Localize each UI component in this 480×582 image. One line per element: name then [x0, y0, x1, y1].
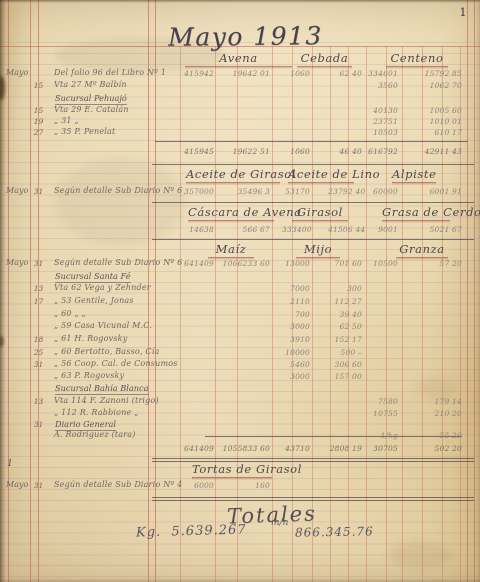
row-amount: 566 67	[216, 225, 270, 234]
row-amount: 40130	[366, 106, 398, 115]
row-amount: 152 17	[328, 335, 362, 344]
row-description: Diario General	[55, 419, 116, 431]
row-day: 31	[30, 481, 47, 490]
column-header: Granza	[396, 242, 448, 258]
row-amount: 10500	[366, 259, 398, 268]
section-rule	[152, 164, 474, 165]
column-header: Girasol	[292, 205, 348, 221]
vertical-rule	[402, 46, 403, 582]
row-amount: 1005 60	[406, 106, 462, 115]
row-day: 13	[30, 397, 47, 406]
row-amount: 35496 3	[216, 187, 270, 196]
vertical-rule	[386, 46, 387, 582]
vertical-rule	[180, 46, 181, 582]
row-amount: 53170	[282, 187, 310, 196]
row-amount: 616792	[366, 147, 398, 156]
row-amount: 30705	[366, 444, 398, 453]
row-amount: 700	[282, 310, 310, 319]
row-description: Vta 114 F. Zanoni (trigo)	[54, 396, 159, 405]
row-amount: 500 –	[328, 348, 362, 357]
row-amount: 7000	[282, 284, 310, 293]
vertical-rule	[366, 46, 367, 582]
column-header: Maíz	[208, 242, 254, 258]
row-amount: 3000	[282, 372, 310, 381]
row-description: Sucursal Pehuajó	[55, 93, 127, 105]
row-amount: 415945	[158, 147, 214, 156]
section-rule	[155, 141, 468, 142]
vertical-rule	[474, 0, 475, 582]
row-amount: 1060	[282, 69, 310, 78]
currency-label: m/n	[271, 518, 288, 528]
row-description: Sucursal Bahía Blanca	[55, 383, 149, 395]
section-rule	[152, 202, 474, 203]
totals-kg: Kg. 5.639.267	[136, 523, 247, 541]
row-amount: 42911 43	[406, 147, 462, 156]
row-amount: 1/kg	[366, 431, 398, 440]
row-description: „ 61 H. Rogovsky	[54, 334, 127, 343]
row-amount: 41506 44	[328, 225, 362, 234]
row-day: 13	[30, 284, 47, 293]
row-description: Sucursal Santa Fé	[55, 271, 131, 283]
row-amount: 160	[216, 481, 270, 490]
column-header: Alpiste	[392, 167, 436, 183]
vertical-rule	[272, 46, 273, 582]
vertical-rule	[467, 0, 468, 582]
page-edge	[0, 0, 480, 3]
row-description: Vta 29 E. Catalán	[54, 105, 129, 114]
row-amount: 19622 51	[216, 147, 270, 156]
row-amount: 1066233 60	[216, 259, 270, 268]
column-header: Centeno	[386, 51, 448, 67]
column-header: Aceite de Girasol	[186, 167, 280, 183]
row-day: 31	[30, 187, 47, 196]
stain	[388, 542, 452, 568]
row-amount: 3910	[282, 335, 310, 344]
section-rule	[152, 458, 474, 459]
row-amount: 10503	[366, 128, 398, 137]
column-header: Cáscara de Avena	[188, 205, 274, 221]
column-header: Avena	[185, 51, 292, 67]
vertical-rule	[155, 0, 156, 582]
section-rule	[152, 497, 474, 498]
page-number: 1	[460, 6, 468, 19]
row-amount: 7580	[366, 397, 398, 406]
row-amount: 10000	[282, 348, 310, 357]
row-amount: 15792 85	[406, 69, 462, 78]
row-day: 31	[30, 259, 47, 268]
row-day: 15	[30, 106, 47, 115]
row-description: „ 60 „ „	[54, 309, 86, 318]
row-description: „ 60 Bertotto, Basso, Cía	[54, 347, 159, 356]
row-amount: 23751	[366, 117, 398, 126]
row-amount: 6000	[158, 481, 214, 490]
row-amount: 1060	[282, 147, 310, 156]
column-header: Aceite de Lino	[288, 167, 354, 183]
row-amount: 19642 01	[216, 69, 270, 78]
row-day: 31	[30, 420, 47, 429]
margin-note: 1	[7, 459, 13, 469]
row-month: Mayo	[6, 258, 32, 267]
row-amount: 10755	[366, 409, 398, 418]
column-header: Tortas de Girasol	[192, 462, 272, 478]
row-day: 19	[30, 117, 47, 126]
row-amount: 60000	[366, 187, 398, 196]
row-amount: 55 29	[406, 431, 462, 440]
page-edge	[0, 578, 480, 582]
row-amount: 62 40	[328, 69, 362, 78]
row-amount: 2110	[282, 297, 310, 306]
row-amount: 334601	[366, 69, 398, 78]
row-month: Mayo	[6, 68, 32, 77]
row-amount: 3560	[366, 81, 398, 90]
row-amount: 701 60	[328, 259, 362, 268]
row-description: „ 59 Casa Vicunal M.C.	[54, 321, 152, 330]
row-description: A. Rodriguez (tara)	[54, 430, 136, 439]
row-amount: 1010 01	[406, 117, 462, 126]
row-amount: 43710	[282, 444, 310, 453]
vertical-rule	[237, 46, 238, 582]
row-month: Mayo	[6, 186, 32, 195]
row-amount: 357000	[158, 187, 214, 196]
row-amount: 415942	[158, 69, 214, 78]
row-day: 31	[30, 360, 47, 369]
row-amount: 1062 70	[406, 81, 462, 90]
row-amount: 502 20	[406, 444, 462, 453]
row-description: „ 35 P. Penelat	[54, 127, 115, 136]
row-amount: 210 20	[406, 409, 462, 418]
row-amount: 6001 91	[406, 187, 462, 196]
row-amount: 57 20	[406, 259, 462, 268]
row-amount: 333400	[282, 225, 310, 234]
row-day: 27	[30, 128, 47, 137]
row-amount: 306 60	[328, 360, 362, 369]
row-amount: 157 00	[328, 372, 362, 381]
row-month: Mayo	[6, 480, 32, 489]
vertical-rule	[215, 46, 216, 582]
row-description: Del folio 96 del Libro Nº 1	[54, 68, 166, 77]
ledger-page: 1 Mayo 1913 1 AvenaCebadaCentenoMayoDel …	[0, 0, 480, 582]
row-day: 25	[30, 348, 47, 357]
row-amount: 46 40	[328, 147, 362, 156]
column-header: Mijo	[296, 242, 340, 258]
row-amount: 300	[328, 284, 362, 293]
currency-value: 866.345.76	[295, 524, 374, 539]
row-amount: 5460	[282, 360, 310, 369]
kg-value: 5.639.267	[171, 523, 247, 540]
row-amount: 641409	[158, 259, 214, 268]
row-amount: 9001	[366, 225, 398, 234]
row-description: Vta 62 Vega y Zehnder	[54, 283, 151, 292]
row-amount: 14638	[158, 225, 214, 234]
row-description: „ 63 P. Rogovsky	[54, 371, 124, 380]
page-title: Mayo 1913	[148, 21, 343, 52]
row-amount: 610 17	[406, 128, 462, 137]
kg-label: Kg.	[136, 525, 162, 541]
column-header: Grasa de Cerdo	[382, 205, 450, 221]
row-description: Vta 27 Mº Balbín	[54, 80, 127, 89]
vertical-rule	[422, 46, 423, 582]
row-amount: 179 14	[406, 397, 462, 406]
row-day: 15	[30, 81, 47, 90]
row-amount: 2808 19	[328, 444, 362, 453]
column-header: Cebada	[297, 51, 352, 67]
row-amount: 1055833 60	[216, 444, 270, 453]
row-day: 17	[30, 297, 47, 306]
row-amount: 5021 67	[406, 225, 462, 234]
row-amount: 39 40	[328, 310, 362, 319]
row-amount: 62 50	[328, 322, 362, 331]
vertical-rule	[8, 0, 9, 582]
vertical-rule	[442, 46, 443, 582]
row-amount: 641409	[158, 444, 214, 453]
section-rule	[152, 239, 474, 240]
row-amount: 3000	[282, 322, 310, 331]
row-description: „ 112 R. Rabbione „	[54, 408, 139, 417]
vertical-rule	[460, 46, 461, 582]
row-description: „ 31 „	[54, 116, 79, 125]
row-description: „ 53 Gentile, Jonas	[54, 296, 134, 305]
page-edge	[476, 0, 480, 582]
binding-shadow	[0, 0, 6, 582]
row-amount: 13000	[282, 259, 310, 268]
row-amount: 112 27	[328, 297, 362, 306]
row-day: 18	[30, 335, 47, 344]
row-description: „ 56 Coop. Cal. de Consumos	[54, 359, 178, 368]
row-amount: 23792 40	[328, 187, 362, 196]
